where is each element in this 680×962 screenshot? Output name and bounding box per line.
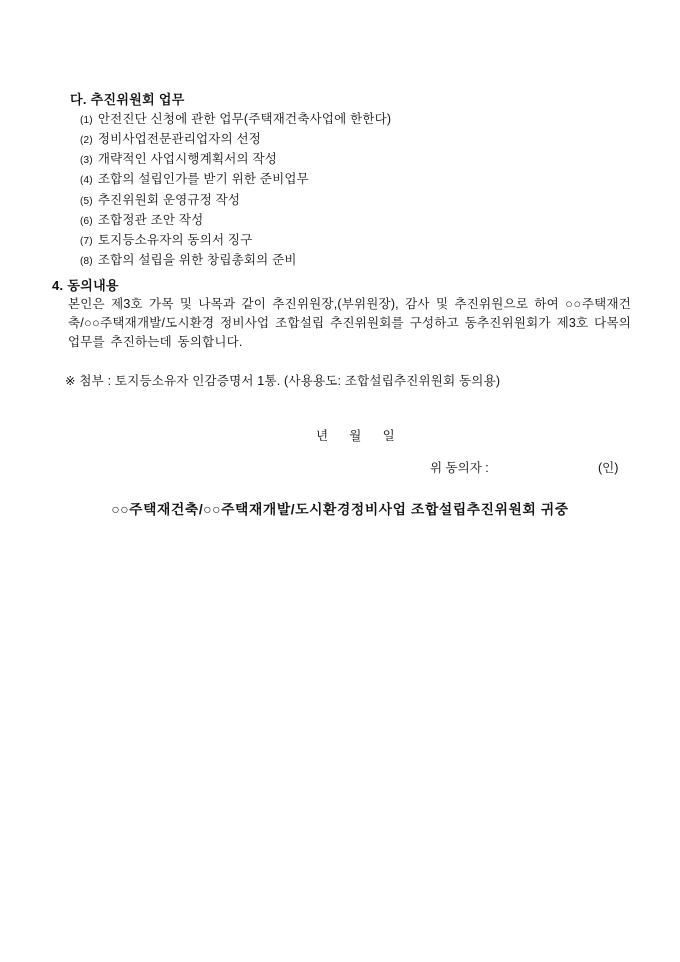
item-text: 조합정관 조안 작성 bbox=[98, 213, 204, 227]
item-number: (5) bbox=[80, 196, 93, 207]
date-line: 년 월 일 bbox=[316, 426, 395, 444]
item-number: (4) bbox=[80, 175, 93, 186]
item-text: 정비사업전문관리업자의 선정 bbox=[98, 132, 261, 146]
list-item: (2)정비사업전문관리업자의 선정 bbox=[80, 130, 391, 150]
item-text: 개략적인 사업시행계획서의 작성 bbox=[98, 152, 277, 166]
item-text: 토지등소유자의 동의서 징구 bbox=[98, 233, 253, 247]
attachment-note: ※ 첨부 : 토지등소유자 인감증명서 1통. (사용용도: 조합설립추진위원회… bbox=[65, 371, 500, 389]
item-number: (6) bbox=[80, 216, 93, 227]
list-item: (5)추진위원회 운영규정 작성 bbox=[80, 191, 391, 211]
month-label: 월 bbox=[349, 426, 361, 444]
seal-mark: (인) bbox=[598, 458, 618, 476]
item-text: 조합의 설립인가를 받기 위한 준비업무 bbox=[98, 172, 309, 186]
list-item: (1)안전진단 신청에 관한 업무(주택재건축사업에 한한다) bbox=[80, 110, 391, 130]
item-text: 안전진단 신청에 관한 업무(주택재건축사업에 한한다) bbox=[98, 112, 391, 126]
item-number: (2) bbox=[80, 135, 93, 146]
list-item: (7)토지등소유자의 동의서 징구 bbox=[80, 231, 391, 251]
list-item: (8)조합의 설립을 위한 창립총회의 준비 bbox=[80, 251, 391, 271]
item-number: (3) bbox=[80, 155, 93, 166]
list-item: (3)개략적인 사업시행계획서의 작성 bbox=[80, 150, 391, 170]
item-text: 조합의 설립을 위한 창립총회의 준비 bbox=[98, 253, 297, 267]
item-text: 추진위원회 운영규정 작성 bbox=[98, 193, 240, 207]
item-number: (7) bbox=[80, 236, 93, 247]
list-item: (4)조합의 설립인가를 받기 위한 준비업무 bbox=[80, 170, 391, 190]
item-number: (8) bbox=[80, 256, 93, 267]
section-4-heading: 4. 동의내용 bbox=[52, 279, 119, 293]
consent-paragraph: 본인은 제3호 가목 및 나목과 같이 추진위원장,(부위원장), 감사 및 추… bbox=[68, 295, 631, 353]
item-number: (1) bbox=[80, 115, 93, 126]
section-c-heading: 다. 추진위원회 업무 bbox=[70, 93, 185, 107]
year-label: 년 bbox=[316, 426, 328, 444]
committee-duties-list: (1)안전진단 신청에 관한 업무(주택재건축사업에 한한다) (2)정비사업전… bbox=[80, 110, 391, 271]
signer-row: 위 동의자 : (인) bbox=[430, 458, 650, 476]
signer-label: 위 동의자 : bbox=[430, 461, 489, 475]
list-item: (6)조합정관 조안 작성 bbox=[80, 211, 391, 231]
document-page: 다. 추진위원회 업무 (1)안전진단 신청에 관한 업무(주택재건축사업에 한… bbox=[0, 0, 680, 962]
recipient-line: ○○주택재건축/○○주택재개발/도시환경정비사업 조합설립추진위원회 귀중 bbox=[0, 498, 680, 518]
day-label: 일 bbox=[383, 426, 395, 444]
